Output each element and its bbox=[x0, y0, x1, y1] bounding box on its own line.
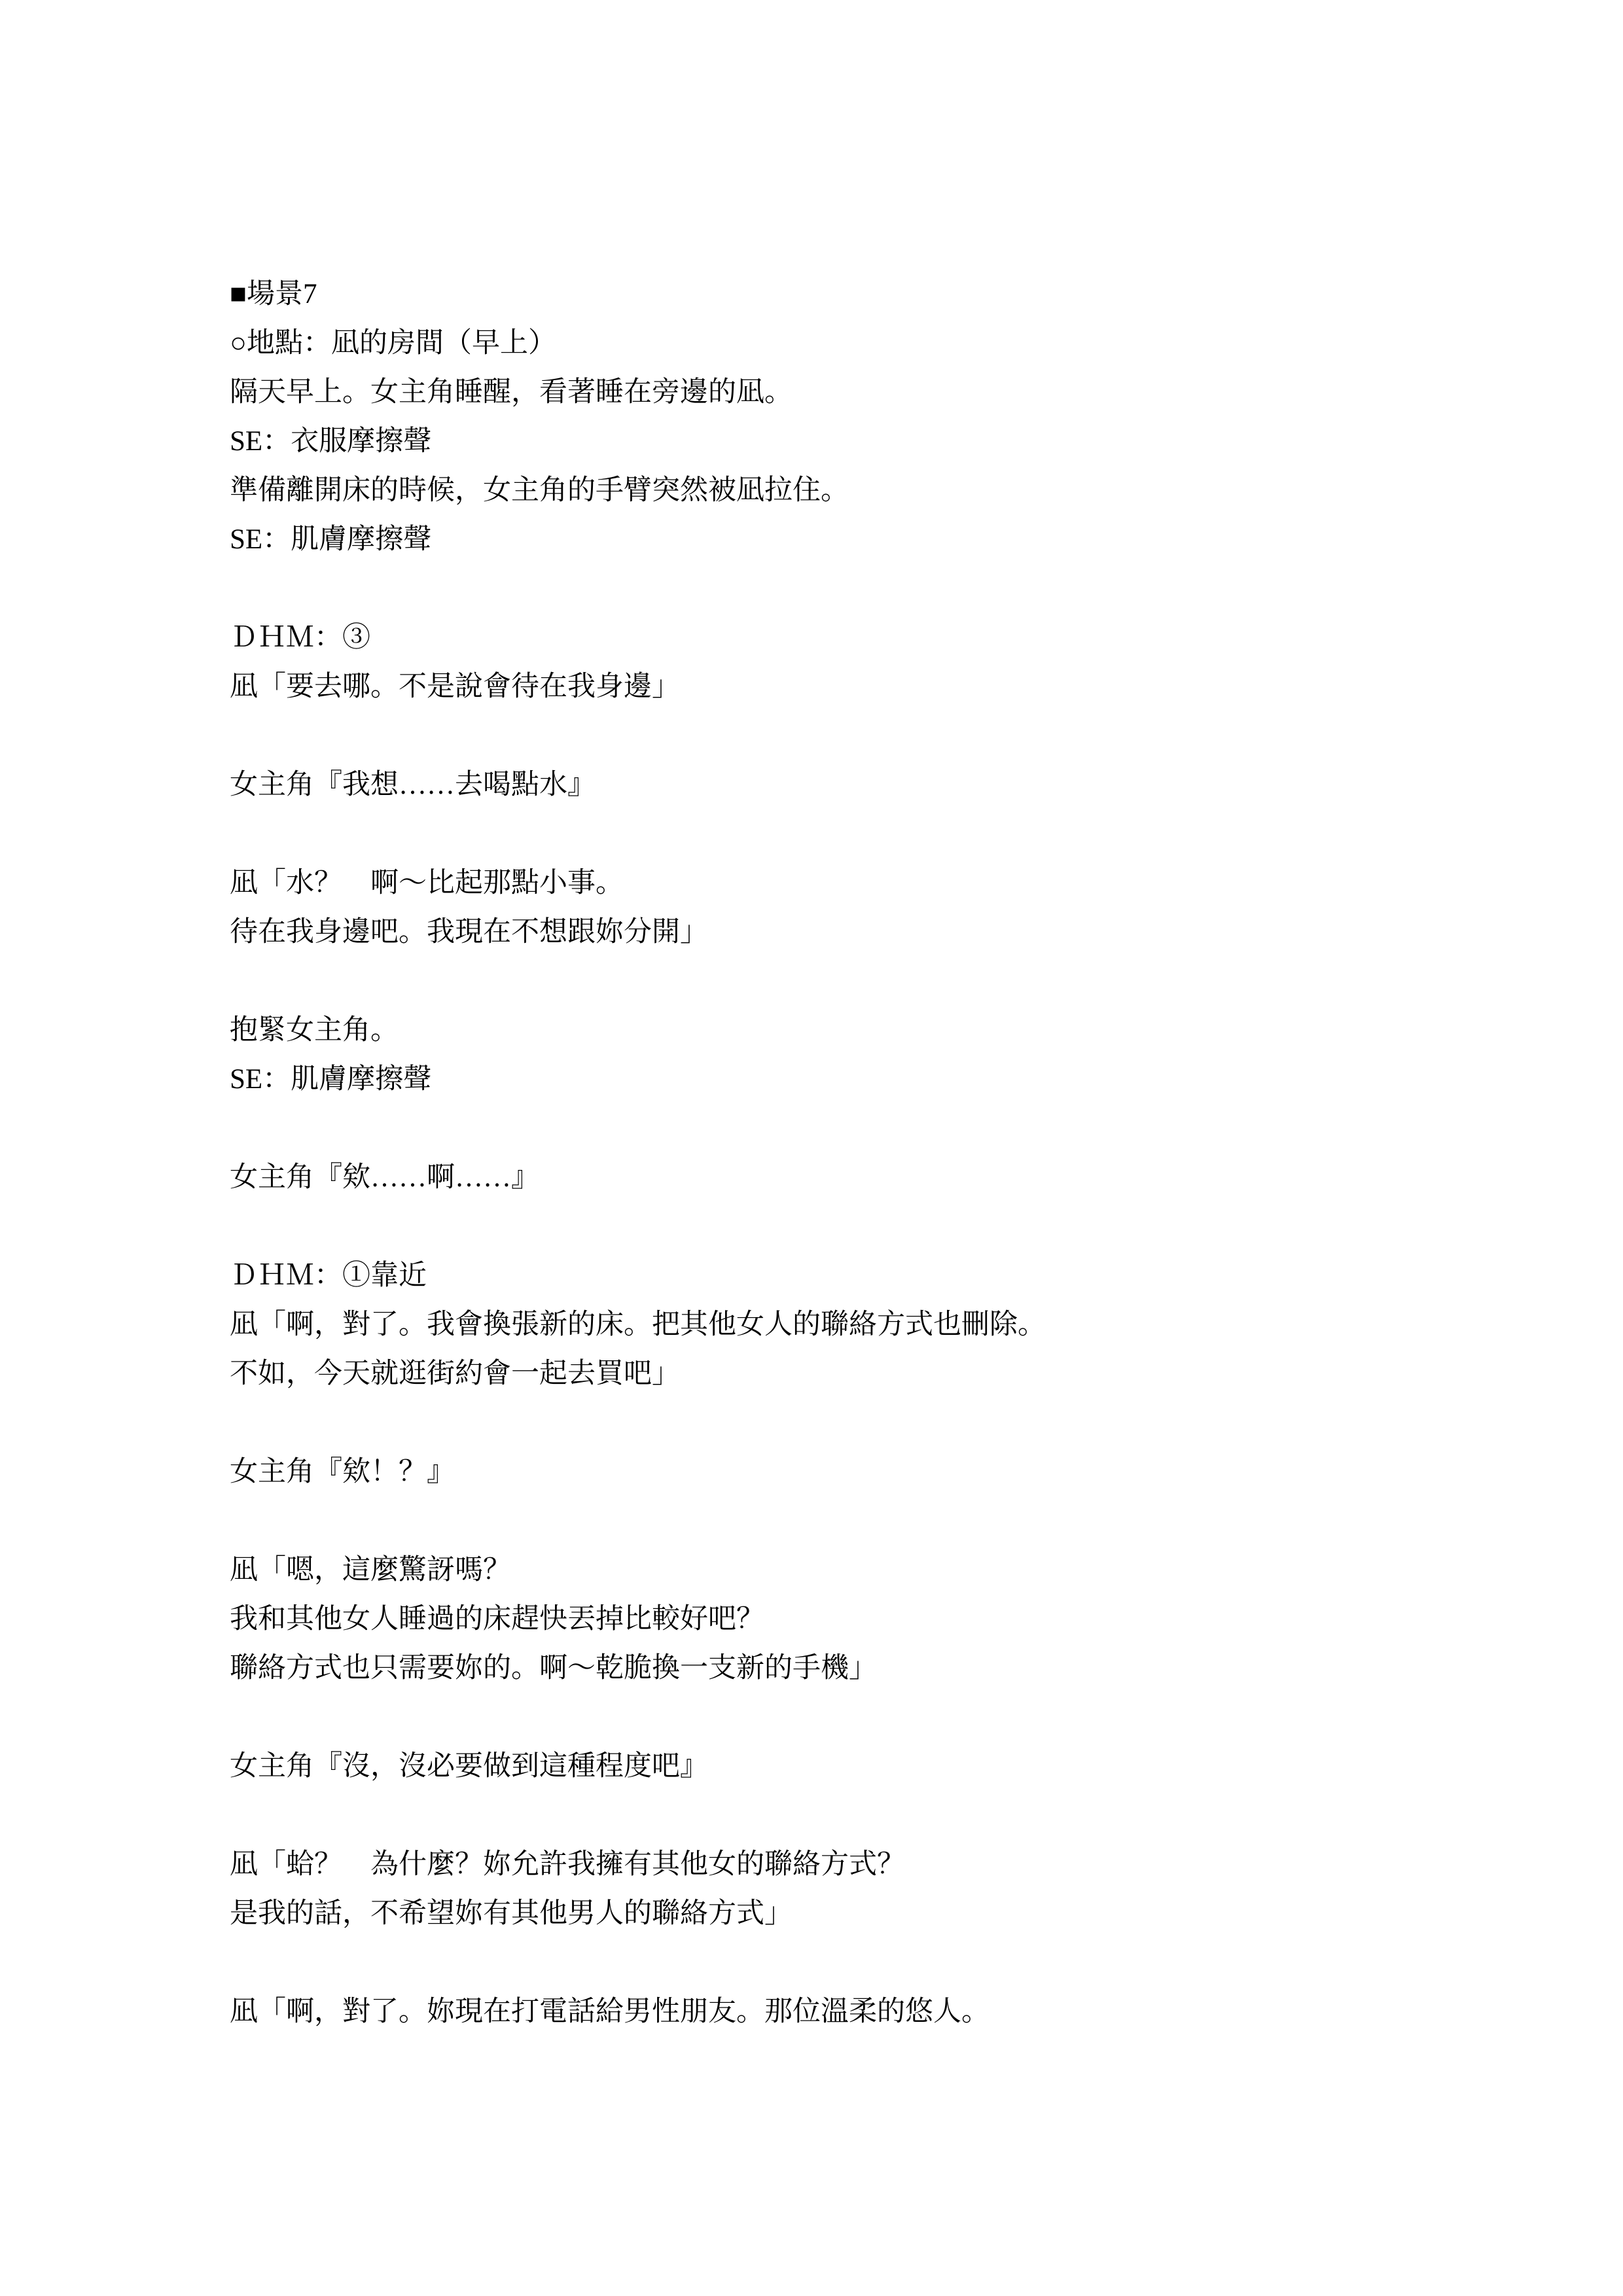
blank-line bbox=[230, 809, 1473, 858]
blank-line bbox=[230, 1104, 1473, 1153]
script-line: 待在我身邊吧。我現在不想跟妳分開」 bbox=[230, 908, 1473, 957]
script-line: ＤＨＭ：③ bbox=[230, 613, 1473, 662]
script-line: 不如，今天就逛街約會一起去買吧」 bbox=[230, 1349, 1473, 1398]
script-line: SE：肌膚摩擦聲 bbox=[230, 1055, 1473, 1104]
blank-line bbox=[230, 1791, 1473, 1840]
script-line: 聯絡方式也只需要妳的。啊～乾脆換一支新的手機」 bbox=[230, 1644, 1473, 1693]
script-line: 凪「要去哪。不是說會待在我身邊」 bbox=[230, 662, 1473, 711]
script-line: 是我的話，不希望妳有其他男人的聯絡方式」 bbox=[230, 1889, 1473, 1938]
script-line: 凪「水？ 啊～比起那點小事。 bbox=[230, 858, 1473, 908]
script-line: 準備離開床的時候，女主角的手臂突然被凪拉住。 bbox=[230, 466, 1473, 515]
blank-line bbox=[230, 1496, 1473, 1545]
blank-line bbox=[230, 711, 1473, 760]
blank-line bbox=[230, 957, 1473, 1006]
scene-heading: ■場景7 bbox=[230, 270, 1473, 319]
script-line: SE：衣服摩擦聲 bbox=[230, 417, 1473, 466]
script-line: 隔天早上。女主角睡醒，看著睡在旁邊的凪。 bbox=[230, 368, 1473, 417]
document-body: ■場景7○地點：凪的房間（早上）隔天早上。女主角睡醒，看著睡在旁邊的凪。SE：衣… bbox=[230, 270, 1473, 2036]
script-line: 凪「嗯，這麼驚訝嗎？ bbox=[230, 1545, 1473, 1595]
script-page: ■場景7○地點：凪的房間（早上）隔天早上。女主角睡醒，看著睡在旁邊的凪。SE：衣… bbox=[0, 0, 1623, 2296]
blank-line bbox=[230, 1693, 1473, 1742]
script-line: 女主角『欸！？』 bbox=[230, 1447, 1473, 1496]
script-line: 女主角『沒，沒必要做到這種程度吧』 bbox=[230, 1742, 1473, 1791]
blank-line bbox=[230, 1938, 1473, 1987]
blank-line bbox=[230, 1398, 1473, 1447]
script-line: ○地點：凪的房間（早上） bbox=[230, 319, 1473, 368]
script-line: 凪「啊，對了。我會換張新的床。把其他女人的聯絡方式也刪除。 bbox=[230, 1300, 1473, 1349]
script-line: 抱緊女主角。 bbox=[230, 1006, 1473, 1055]
blank-line bbox=[230, 564, 1473, 613]
script-line: 凪「蛤？ 為什麼？妳允許我擁有其他女的聯絡方式？ bbox=[230, 1840, 1473, 1889]
script-line: ＤＨＭ：①靠近 bbox=[230, 1251, 1473, 1300]
script-line: 凪「啊，對了。妳現在打電話給男性朋友。那位溫柔的悠人。 bbox=[230, 1987, 1473, 2036]
script-line: 女主角『我想……去喝點水』 bbox=[230, 760, 1473, 809]
script-line: SE：肌膚摩擦聲 bbox=[230, 515, 1473, 564]
script-line: 我和其他女人睡過的床趕快丟掉比較好吧？ bbox=[230, 1595, 1473, 1644]
script-line: 女主角『欸……啊……』 bbox=[230, 1153, 1473, 1202]
blank-line bbox=[230, 1202, 1473, 1251]
